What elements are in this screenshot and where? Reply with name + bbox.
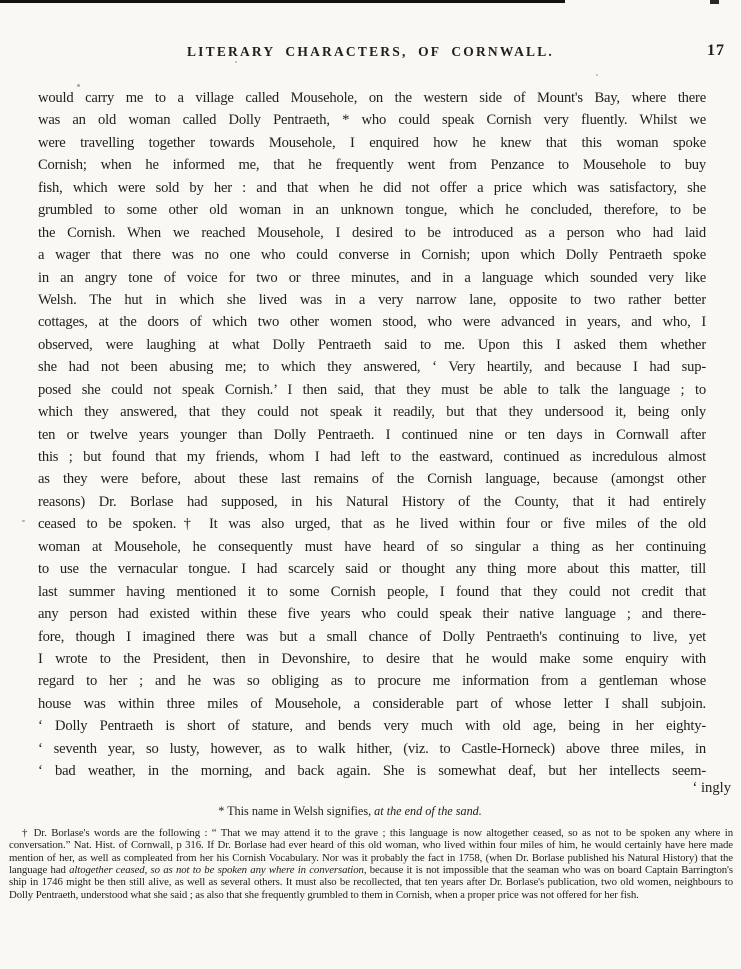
body-text-line: fore, though I imagined there was but a … — [38, 626, 706, 648]
page-number: 17 — [707, 42, 725, 60]
body-text-line: grumbled to some other old woman in an u… — [38, 199, 706, 221]
body-text-line: was an old woman called Dolly Pentraeth,… — [38, 109, 706, 131]
body-text-line: fish, which were sold by her : and that … — [38, 177, 706, 199]
body-text-line: as they were before, about these last re… — [38, 468, 706, 490]
star-footnote: * This name in Welsh signifies, at the e… — [0, 804, 700, 819]
scan-edge-artifact — [0, 0, 565, 3]
scan-speck — [22, 520, 25, 522]
body-text-line: she had not been abusing me; to which th… — [38, 356, 706, 378]
body-text-line: ‘ bad weather, in the morning, and back … — [38, 760, 706, 782]
body-text-line: any person had existed within these five… — [38, 603, 706, 625]
body-text-line: I wrote to the President, then in Devons… — [38, 648, 706, 670]
body-text-line: last summer having mentioned it to some … — [38, 581, 706, 603]
body-text-line: the Cornish. When we reached Mousehole, … — [38, 222, 706, 244]
body-text-line: Welsh. The hut in which she lived was in… — [38, 289, 706, 311]
body-text-line: Cornish; when he informed me, that he fr… — [38, 154, 706, 176]
body-text-line: cottages, at the doors of which two othe… — [38, 311, 706, 333]
body-text-line: ceased to be spoken.† It was also urged,… — [38, 513, 706, 535]
body-text-line: which they answered, that they could not… — [38, 401, 706, 423]
body-text-line: reasons) Dr. Borlase had supposed, in hi… — [38, 491, 706, 513]
dagger-footnote: † Dr. Borlase's words are the following … — [9, 827, 733, 901]
dagger-footnote-italic-segment: altogether ceased, so as not to be spoke… — [69, 864, 364, 876]
body-text-line: ‘ Dolly Pentraeth is short of stature, a… — [38, 715, 706, 737]
star-footnote-italic: at the end of the sand. — [374, 804, 482, 818]
catchword: ‘ ingly — [692, 780, 731, 797]
body-text-line: were travelling together towards Mouseho… — [38, 132, 706, 154]
body-text-line: a wager that there was no one who could … — [38, 244, 706, 266]
body-text-line: this ; but found that my friends, whom I… — [38, 446, 706, 468]
body-text-line: woman at Mousehole, he consequently must… — [38, 536, 706, 558]
body-text-line: observed, were laughing at what Dolly Pe… — [38, 334, 706, 356]
book-page: LITERARY CHARACTERS, OF CORNWALL. 17 wou… — [0, 0, 741, 969]
scan-speck — [596, 74, 598, 76]
body-text-line: posed she could not speak Cornish.’ I th… — [38, 379, 706, 401]
body-text-line: in an angry tone of voice for two or thr… — [38, 267, 706, 289]
body-text-line: house was within three miles of Mousehol… — [38, 693, 706, 715]
body-text-line: ‘ seventh year, so lusty, however, as to… — [38, 738, 706, 760]
body-text-line: to use the vernacular tongue. I had scar… — [38, 558, 706, 580]
scan-speck — [710, 0, 719, 4]
running-title: LITERARY CHARACTERS, OF CORNWALL. — [0, 44, 741, 60]
body-text-line: would carry me to a village called Mouse… — [38, 87, 706, 109]
body-text: would carry me to a village called Mouse… — [38, 87, 706, 783]
body-text-line: ten or twelve years younger than Dolly P… — [38, 424, 706, 446]
scan-speck — [235, 61, 237, 63]
body-text-line: regard to her ; and he was so obliging a… — [38, 670, 706, 692]
star-footnote-text: This name in Welsh signifies, — [224, 804, 374, 818]
